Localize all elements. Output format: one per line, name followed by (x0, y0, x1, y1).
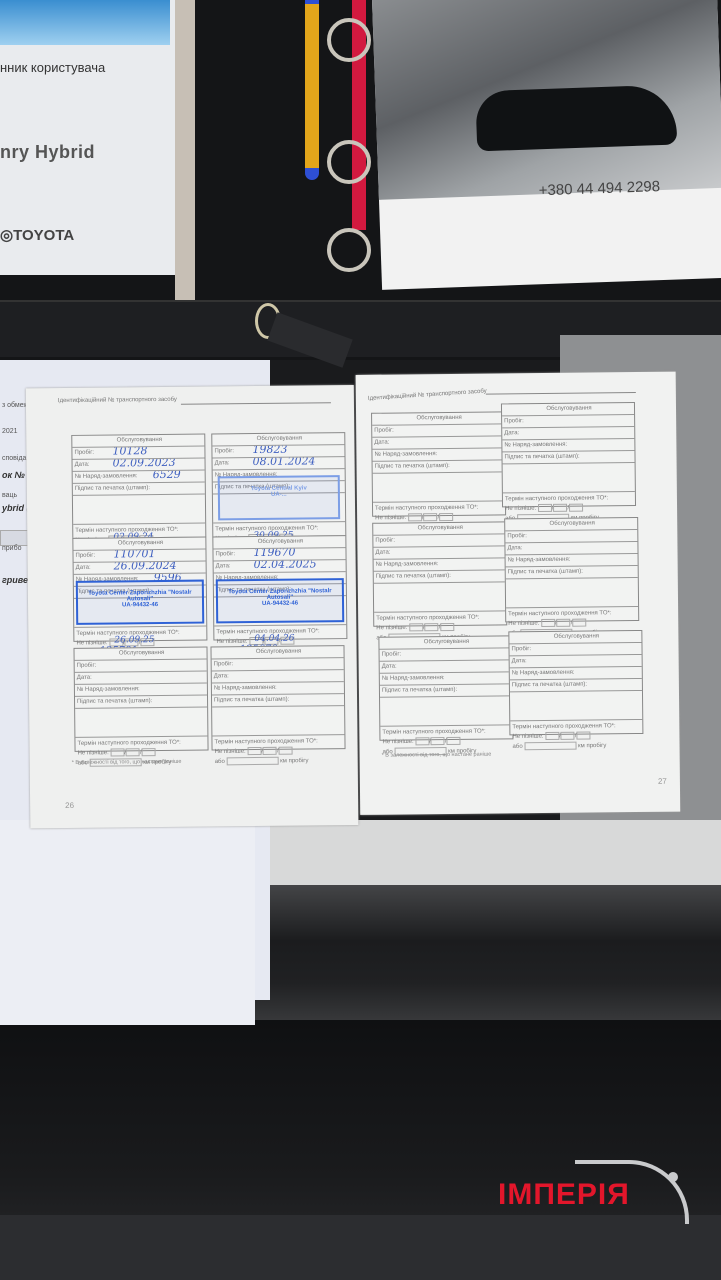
handwritten-date: 02.04.2025 (254, 560, 317, 570)
handwritten-date: 08.01.2024 (252, 457, 315, 467)
stamp-area (380, 696, 512, 726)
folder-bottom (255, 885, 721, 1025)
service-record-card: ОбслуговуванняПробіг:19823Дата:08.01.202… (211, 432, 346, 537)
handwritten-next-date: 04.04.26 (254, 635, 294, 644)
stamp-area (506, 578, 638, 608)
dealer-leaflet: +380 44 494 2298 (372, 0, 721, 290)
handwritten-date: 26.09.2024 (114, 562, 177, 572)
booklet-page-right: Ідентифікаційний № транспортного засобу … (356, 372, 681, 815)
leaflet-photo (372, 0, 721, 200)
dealer-stamp: Toyota Center Zaporizhzhia "Nostalr Auto… (216, 578, 344, 623)
next-service-block: Термін наступного проходження ТО*:Не піз… (510, 720, 642, 754)
page-number: 26 (65, 801, 74, 810)
invoice-line: 2021 (2, 428, 18, 435)
logo-dot-icon (668, 1172, 678, 1182)
footnote: * В залежності від того, що настане рані… (72, 759, 182, 766)
service-record-card: ОбслуговуванняПробіг:Дата:№ Наряд-замовл… (371, 411, 506, 516)
service-record-card: ОбслуговуванняПробіг:Дата:№ Наряд-замовл… (501, 402, 636, 507)
binder-ring-icon (327, 228, 371, 272)
stamp-area (503, 463, 635, 493)
toyota-logo-icon: ◎ (0, 227, 13, 244)
invoice-line: ваць (2, 492, 17, 499)
service-record-card: ОбслуговуванняПробіг:Дата:№ Наряд-замовл… (378, 635, 513, 740)
bubble-wrap (255, 820, 721, 890)
vin-line (181, 402, 331, 405)
dealer-stamp: Toyota Center Zaporizhzhia "Nostalr Auto… (76, 580, 204, 625)
service-record-card: ОбслуговуванняПробіг:Дата:№ Наряд-замовл… (372, 521, 507, 626)
vin-label: Ідентифікаційний № транспортного засобу (58, 397, 177, 404)
manual-title: nry Hybrid (0, 142, 95, 163)
manual-subtitle: нник користувача (0, 60, 105, 75)
signature-row: Підпис та печатка (штамп): (506, 566, 638, 579)
signature-row: Підпис та печатка (штамп): (380, 684, 512, 697)
binder-ring-icon (327, 140, 371, 184)
pencil-eraser (305, 168, 319, 180)
service-record-card: ОбслуговуванняПробіг:10128Дата:02.09.202… (71, 434, 206, 539)
handwritten-mileage: 19823 (252, 445, 287, 455)
leather-folder: нник користувача nry Hybrid ◎TOYOTA +380… (0, 0, 721, 360)
handwritten-date: 02.09.2023 (112, 459, 175, 469)
signature-row: Підпис та печатка (штамп): (212, 694, 344, 707)
signature-row: Підпис та печатка (штамп): (510, 679, 642, 692)
bottom-mat (0, 1215, 721, 1280)
handwritten-order: 6529 (153, 471, 181, 481)
binder-ring-icon (327, 18, 371, 62)
booklet-page-left: Ідентифікаційний № транспортного засобу … (26, 385, 359, 828)
service-record-card: ОбслуговуванняПробіг:Дата:№ Наряд-замовл… (73, 647, 208, 752)
stamp-area (75, 708, 207, 738)
paper-stack (0, 820, 255, 1025)
signature-row: Підпис та печатка (штамп): (73, 483, 205, 496)
stamp-area (374, 582, 506, 612)
signature-row: Підпис та печатка (штамп): (502, 451, 634, 464)
stamp-area (73, 495, 205, 525)
vin-line (486, 392, 636, 395)
next-service-block: Термін наступного проходження ТО*:Не піз… (212, 735, 344, 769)
service-record-card: ОбслуговуванняПробіг:110701Дата:26.09.20… (72, 537, 207, 642)
handwritten-mileage: 119670 (253, 548, 295, 558)
leaflet-phone: +380 44 494 2298 (538, 178, 660, 199)
manual-spine (175, 0, 195, 300)
car-image (475, 84, 677, 151)
manual-cover-graphic (0, 0, 170, 45)
handwritten-next-date: 26.09.25 (114, 636, 154, 645)
stamp-area (373, 472, 505, 502)
footnote: * В залежності від того, що настане рані… (382, 752, 492, 759)
vin-label: Ідентифікаційний № транспортного засобу (368, 388, 487, 401)
signature-row: Підпис та печатка (штамп): (75, 696, 207, 709)
service-record-card: ОбслуговуванняПробіг:119670Дата:02.04.20… (212, 535, 347, 640)
service-record-card: ОбслуговуванняПробіг:Дата:№ Наряд-замовл… (210, 645, 345, 750)
service-record-card: ОбслуговуванняПробіг:Дата:№ Наряд-замовл… (504, 517, 639, 622)
manual-brand: ◎TOYOTA (0, 226, 74, 244)
page-number: 27 (658, 777, 667, 786)
imperia-logo: ІМПЕРІЯ (498, 1178, 630, 1212)
stamp-area (212, 706, 344, 736)
stamp-area (510, 691, 642, 721)
dealer-stamp: Toyota Central KyivUA-... (218, 475, 340, 520)
signature-row: Підпис та печатка (штамп): (374, 570, 506, 583)
owners-manual: нник користувача nry Hybrid ◎TOYOTA (0, 0, 175, 275)
service-booklet: Ідентифікаційний № транспортного засобу … (26, 372, 681, 829)
service-record-card: ОбслуговуванняПробіг:Дата:№ Наряд-замовл… (508, 630, 643, 735)
pencil (305, 0, 319, 175)
invoice-cell: прибо (2, 545, 22, 552)
handwritten-mileage: 110701 (113, 550, 155, 560)
handwritten-mileage: 10128 (112, 447, 147, 457)
signature-row: Підпис та печатка (штамп): (373, 460, 505, 473)
